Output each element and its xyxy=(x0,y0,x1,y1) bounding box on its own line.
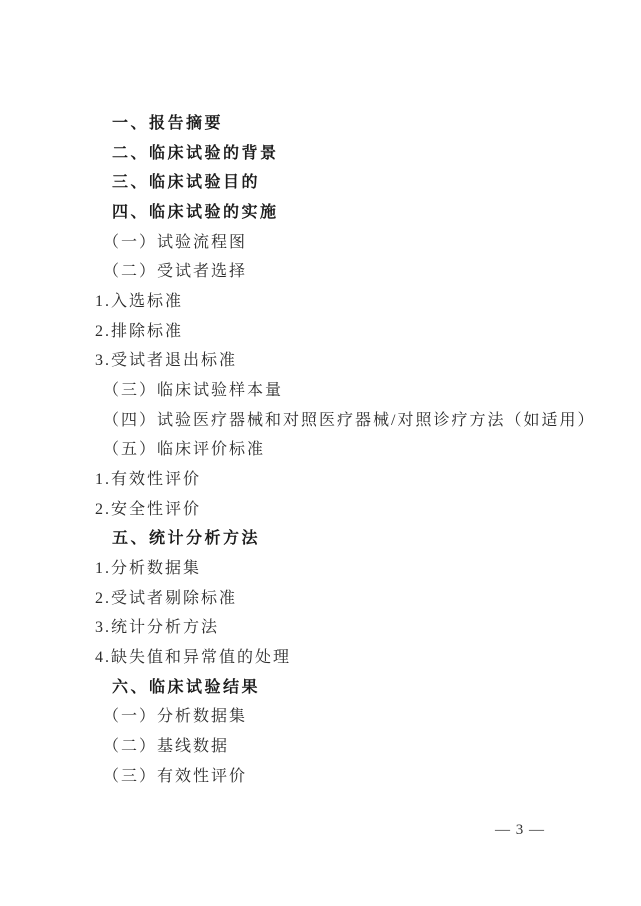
table-of-contents: 一、报告摘要 二、临床试验的背景 三、临床试验目的 四、临床试验的实施 （一）试… xyxy=(95,109,621,791)
toc-entry: （二）受试者选择 xyxy=(103,257,621,287)
toc-entry: （一）试验流程图 xyxy=(103,228,621,258)
toc-entry: （一）分析数据集 xyxy=(103,702,621,732)
toc-entry: 二、临床试验的背景 xyxy=(112,139,621,169)
toc-entry: 1.分析数据集 xyxy=(95,554,621,584)
toc-entry: 4.缺失值和异常值的处理 xyxy=(95,643,621,673)
toc-entry: （三）临床试验样本量 xyxy=(103,376,621,406)
toc-entry: 2.受试者剔除标准 xyxy=(95,584,621,614)
toc-entry: 2.安全性评价 xyxy=(95,495,621,525)
toc-entry: 1.有效性评价 xyxy=(95,465,621,495)
toc-entry: 3.受试者退出标准 xyxy=(95,346,621,376)
document-page: 一、报告摘要 二、临床试验的背景 三、临床试验目的 四、临床试验的实施 （一）试… xyxy=(0,0,641,906)
page-number: — 3 — xyxy=(495,820,545,840)
toc-entry: 3.统计分析方法 xyxy=(95,613,621,643)
toc-entry: （五）临床评价标准 xyxy=(103,435,621,465)
toc-entry: （四）试验医疗器械和对照医疗器械/对照诊疗方法（如适用） xyxy=(103,406,621,436)
toc-entry: 六、临床试验结果 xyxy=(112,673,621,703)
toc-entry: 四、临床试验的实施 xyxy=(112,198,621,228)
toc-entry: 2.排除标准 xyxy=(95,317,621,347)
toc-entry: 五、统计分析方法 xyxy=(112,524,621,554)
toc-entry: 1.入选标准 xyxy=(95,287,621,317)
toc-entry: 一、报告摘要 xyxy=(112,109,621,139)
toc-entry: （二）基线数据 xyxy=(103,732,621,762)
toc-entry: （三）有效性评价 xyxy=(103,762,621,792)
toc-entry: 三、临床试验目的 xyxy=(112,168,621,198)
